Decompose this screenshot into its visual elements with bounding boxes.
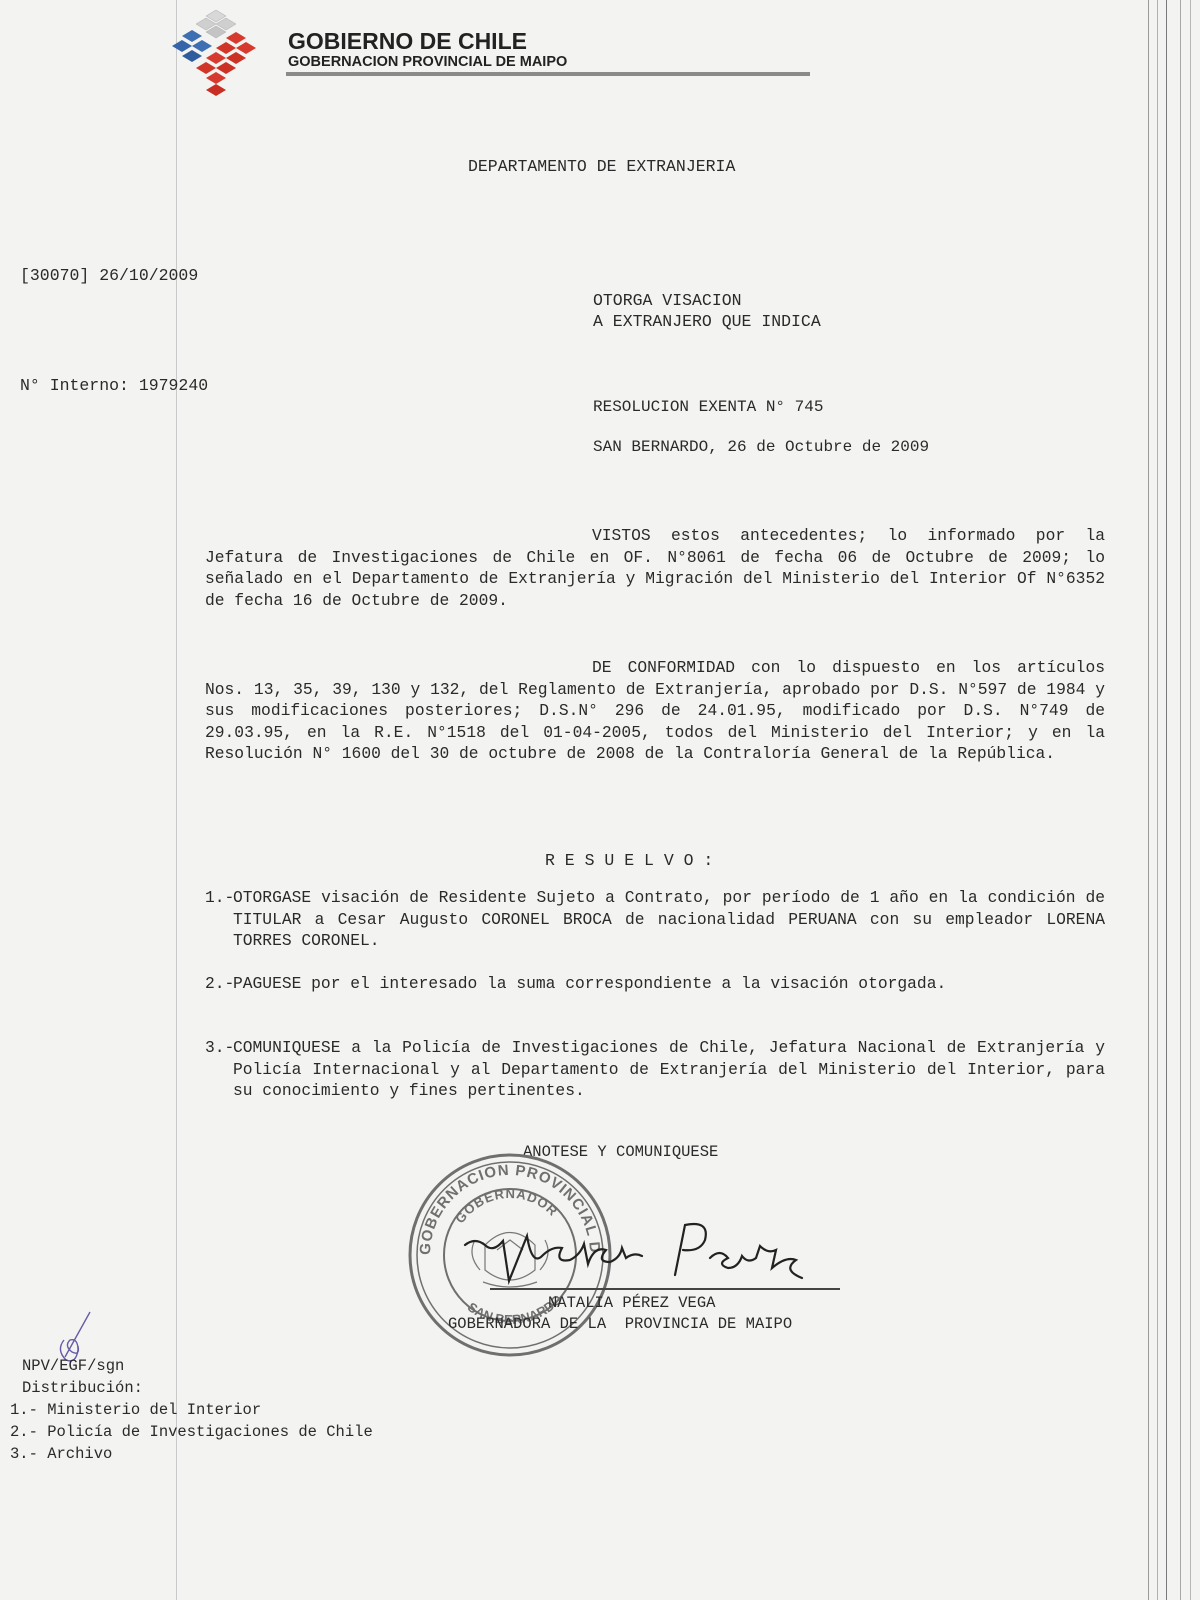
distribution-heading: Distribución: bbox=[22, 1377, 143, 1399]
vistos-lead: VISTOS estos antecedentes; lo informado bbox=[592, 526, 1015, 545]
header-title: GOBIERNO DE CHILE bbox=[288, 28, 527, 55]
distribution-item: 1.- Ministerio del Interior bbox=[10, 1399, 261, 1421]
resolution-item-text: COMUNIQUESE a la Policía de Investigacio… bbox=[233, 1037, 1105, 1102]
scan-artifact-line bbox=[1157, 0, 1158, 1600]
distribution-item: 2.- Policía de Investigaciones de Chile bbox=[10, 1421, 373, 1443]
resolution-item-number: 2.- bbox=[205, 973, 234, 995]
reference-code: [30070] 26/10/2009 bbox=[20, 265, 198, 287]
place-date: SAN BERNARDO, 26 de Octubre de 2009 bbox=[593, 436, 929, 458]
resolution-item-2: 2.- PAGUESE por el interesado la suma co… bbox=[205, 973, 1105, 995]
signature-line bbox=[490, 1288, 840, 1290]
conformidad-paragraph: DE CONFORMIDAD con lo dispuesto en los a… bbox=[205, 657, 1105, 765]
resolution-number: RESOLUCION EXENTA N° 745 bbox=[593, 396, 823, 418]
signatory-name: NATALIA PÉREZ VEGA bbox=[548, 1292, 715, 1314]
scan-artifact-line bbox=[1190, 0, 1191, 1600]
scan-artifact-line bbox=[176, 0, 177, 1600]
header-subtitle: GOBERNACION PROVINCIAL DE MAIPO bbox=[288, 54, 567, 70]
chile-government-logo-icon bbox=[172, 8, 268, 100]
distribution-item: 3.- Archivo bbox=[10, 1443, 112, 1465]
typist-initials: NPV/EGF/sgn bbox=[22, 1355, 124, 1377]
resolution-item-text: PAGUESE por el interesado la suma corres… bbox=[233, 973, 1105, 995]
handwritten-signature-icon bbox=[460, 1200, 880, 1300]
scan-artifact-line bbox=[1180, 0, 1181, 1600]
scan-artifact-line bbox=[1148, 0, 1149, 1600]
resolution-item-1: 1.- OTORGASE visación de Residente Sujet… bbox=[205, 887, 1105, 952]
scan-artifact-line bbox=[1166, 0, 1167, 1600]
resuelvo-heading: R E S U E L V O : bbox=[545, 850, 713, 872]
header-divider bbox=[286, 72, 810, 76]
subject-line-2: A EXTRANJERO QUE INDICA bbox=[593, 311, 821, 333]
subject-line-1: OTORGA VISACION bbox=[593, 290, 742, 312]
department-heading: DEPARTAMENTO DE EXTRANJERIA bbox=[468, 156, 735, 178]
signatory-title: GOBERNADORA DE LA PROVINCIA DE MAIPO bbox=[448, 1313, 792, 1335]
resolution-item-number: 3.- bbox=[205, 1037, 234, 1059]
resolution-item-text: OTORGASE visación de Residente Sujeto a … bbox=[233, 887, 1105, 952]
internal-number: N° Interno: 1979240 bbox=[20, 375, 208, 397]
vistos-paragraph: VISTOS estos antecedentes; lo informado … bbox=[205, 525, 1105, 611]
resolution-item-3: 3.- COMUNIQUESE a la Policía de Investig… bbox=[205, 1037, 1105, 1102]
conformidad-lead: DE CONFORMIDAD con lo dispuesto en los bbox=[592, 658, 1001, 677]
resolution-item-number: 1.- bbox=[205, 887, 234, 909]
